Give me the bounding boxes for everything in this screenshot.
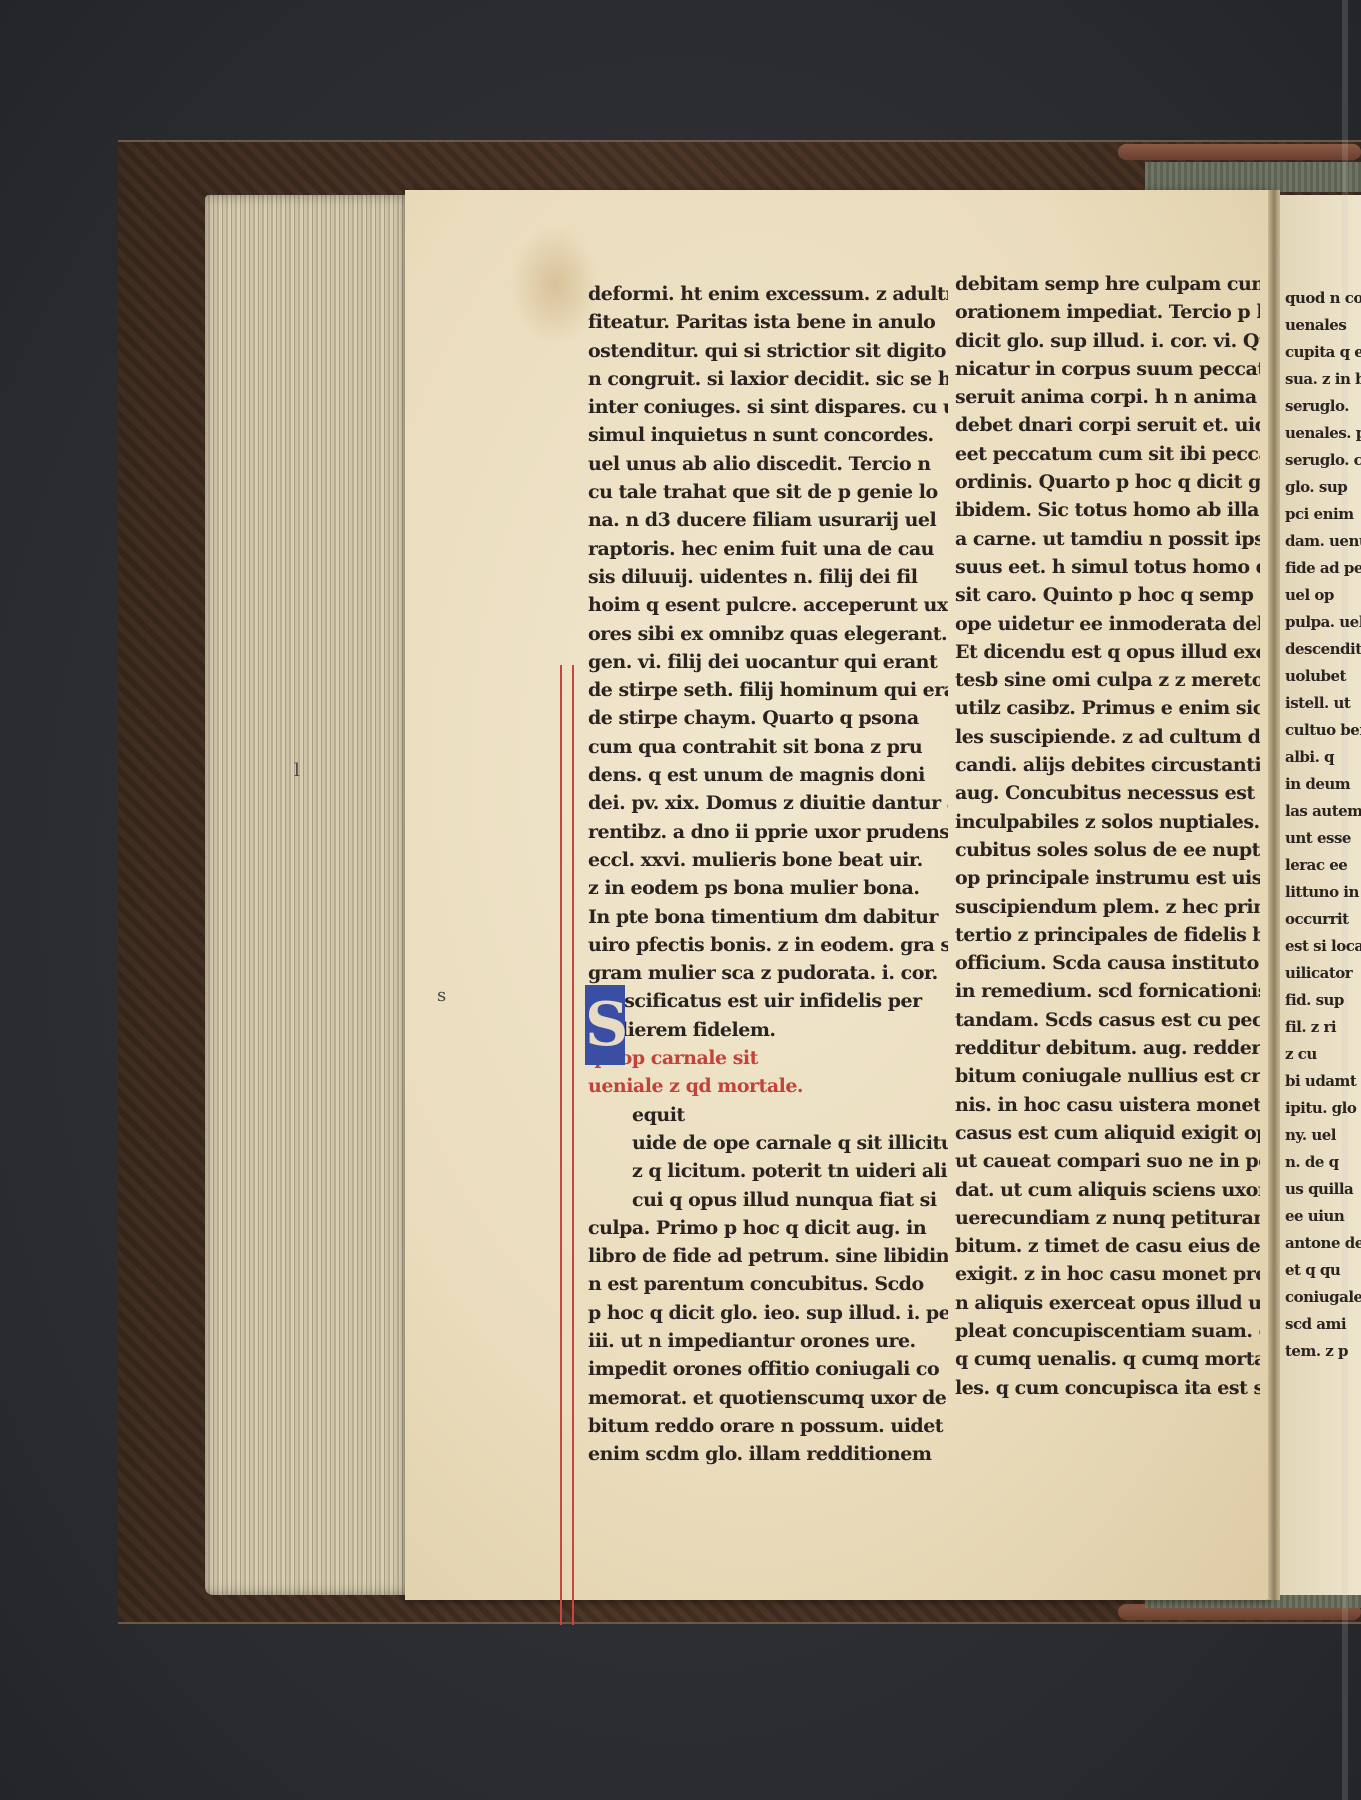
text-line: scd ami bbox=[1285, 1311, 1361, 1338]
text-line: albi. q bbox=[1285, 744, 1361, 771]
text-line: fiteatur. Paritas ista bene in anulo bbox=[588, 308, 948, 336]
text-line: memorat. et quotienscumq uxor de bbox=[588, 1384, 948, 1412]
red-pen-flourish bbox=[560, 665, 574, 1625]
text-line: rentibz. a dno ii pprie uxor prudens. bbox=[588, 818, 948, 846]
text-line: seruglo. bbox=[1285, 393, 1361, 420]
text-line: orationem impediat. Tercio p hoc quod bbox=[955, 298, 1260, 326]
text-line: casus est cum aliquid exigit opus illi bbox=[955, 1119, 1260, 1147]
text-line: debet dnari corpi seruit et. uidetur bbox=[955, 411, 1260, 439]
text-line: sit caro. Quinto p hoc q semp in illo bbox=[955, 581, 1260, 609]
text-line: n congruit. si laxior decidit. sic se ht bbox=[588, 365, 948, 393]
text-line: n est parentum concubitus. Scdo bbox=[588, 1270, 948, 1298]
text-line: tandam. Scds casus est cu peccatu bbox=[955, 1006, 1260, 1034]
text-line: utilz casibz. Primus e enim sic ag bbox=[955, 694, 1260, 722]
text-line: uiro pfectis bonis. z in eodem. gra sup bbox=[588, 931, 948, 959]
text-line: simul inquietus n sunt concordes. bbox=[588, 421, 948, 449]
text-line: deformi. ht enim excessum. z adultra est bbox=[588, 280, 948, 308]
text-line: tesb sine omi culpa z z meretorie bbox=[955, 666, 1260, 694]
text-line: suus eet. h simul totus homo dicit bbox=[955, 553, 1260, 581]
text-line: de stirpe chaym. Quarto q psona bbox=[588, 704, 948, 732]
text-line: officium. Scda causa instituto fuit bbox=[955, 949, 1260, 977]
parchment-stain bbox=[510, 225, 600, 345]
text-line: n aliquis exerceat opus illud ut im bbox=[955, 1289, 1260, 1317]
text-line: sua. z in b bbox=[1285, 366, 1361, 393]
text-line: ostenditur. qui si strictior sit digito bbox=[588, 337, 948, 365]
text-line: dat. ut cum aliquis sciens uxorem bbox=[955, 1176, 1260, 1204]
text-line: nicatur in corpus suum peccat. h spc bbox=[955, 355, 1260, 383]
text-line: uel op bbox=[1285, 582, 1361, 609]
text-line: et q qu bbox=[1285, 1257, 1361, 1284]
text-line: uilicator bbox=[1285, 960, 1361, 987]
text-line: Et dicendu est q opus illud excercetur bbox=[955, 638, 1260, 666]
text-line: a carne. ut tamdiu n possit ipse anim bbox=[955, 525, 1260, 553]
text-line: descendit bbox=[1285, 636, 1361, 663]
text-line: dam. uenu bbox=[1285, 528, 1361, 555]
text-line: uide de ope carnale q sit illicitu bbox=[588, 1129, 948, 1157]
text-line: de stirpe seth. filij hominum qui erant bbox=[588, 676, 948, 704]
text-line: inter coniuges. si sint dispares. cu uel bbox=[588, 393, 948, 421]
text-line: ut caueat compari suo ne in pecca bbox=[955, 1147, 1260, 1175]
text-line: istell. ut bbox=[1285, 690, 1361, 717]
text-line: bitum. z timet de casu eius debitum bbox=[955, 1232, 1260, 1260]
text-line: uenales. ppe bbox=[1285, 420, 1361, 447]
text-line: coniugale bbox=[1285, 1284, 1361, 1311]
text-line: mulierem fidelem. bbox=[588, 1016, 948, 1044]
clasp-strap-top bbox=[1118, 144, 1361, 160]
text-line: q cumq uenalis. q cumq mortalis. Uen bbox=[955, 1345, 1260, 1373]
text-line: fil. z ri bbox=[1285, 1014, 1361, 1041]
text-line: cupita q e bbox=[1285, 339, 1361, 366]
text-line: vii. scificatus est uir infidelis per bbox=[588, 987, 948, 1015]
text-line: fid. sup bbox=[1285, 987, 1361, 1014]
text-line: ores sibi ex omnibz quas elegerant. bbox=[588, 620, 948, 648]
text-line: suscipiendum plem. z hec prima tu bbox=[955, 893, 1260, 921]
text-line: n. de q bbox=[1285, 1149, 1361, 1176]
text-line: ee uiun bbox=[1285, 1203, 1361, 1230]
text-line: uolubet bbox=[1285, 663, 1361, 690]
text-line: uenales bbox=[1285, 312, 1361, 339]
text-line: bi udamt bbox=[1285, 1068, 1361, 1095]
text-line: z in eodem ps bona mulier bona. bbox=[588, 874, 948, 902]
text-line: cum qua contrahit sit bona z pru bbox=[588, 733, 948, 761]
text-line: uerecundiam z nunq petituram de bbox=[955, 1204, 1260, 1232]
text-line: ordinis. Quarto p hoc q dicit glo. bbox=[955, 468, 1260, 496]
text-line: inculpabiles z solos nuptiales. Iste bbox=[955, 808, 1260, 836]
text-column-left: deformi. ht enim excessum. z adultra est… bbox=[588, 280, 948, 1468]
gutter bbox=[1268, 190, 1280, 1600]
text-line: sis diluuij. uidentes n. filij dei fil bbox=[588, 563, 948, 591]
text-line: eccl. xxvi. mulieris bone beat uir. bbox=[588, 846, 948, 874]
margin-letter-s: s bbox=[437, 985, 446, 1006]
text-line: hoim q esent pulcre. acceperunt ux bbox=[588, 591, 948, 619]
text-line: enim scdm glo. illam redditionem bbox=[588, 1440, 948, 1468]
text-line: culpa. Primo p hoc q dicit aug. in bbox=[588, 1214, 948, 1242]
text-line: debitam semp hre culpam cum semper bbox=[955, 270, 1260, 298]
text-line: raptoris. hec enim fuit una de cau bbox=[588, 535, 948, 563]
text-line: dens. q est unum de magnis doni bbox=[588, 761, 948, 789]
text-line: bitum coniugale nullius est crimi bbox=[955, 1062, 1260, 1090]
text-line: in deum bbox=[1285, 771, 1361, 798]
text-line: les suscipiende. z ad cultum dei dn bbox=[955, 723, 1260, 751]
text-line: uel unus ab alio discedit. Tercio n bbox=[588, 450, 948, 478]
text-line: cubitus soles solus de ee nuptiales bbox=[955, 836, 1260, 864]
text-line: us quilla bbox=[1285, 1176, 1361, 1203]
text-line: dei. pv. xix. Domus z diuitie dantur a p… bbox=[588, 789, 948, 817]
blue-initial-s: S bbox=[585, 985, 625, 1065]
text-line: cultuo ben bbox=[1285, 717, 1361, 744]
text-line: cui q opus illud nunqua fiat si bbox=[588, 1186, 948, 1214]
text-line: pleat concupiscentiam suam. culpa est bbox=[955, 1317, 1260, 1345]
text-line: ipitu. glo bbox=[1285, 1095, 1361, 1122]
text-line: cu tale trahat que sit de p genie lo bbox=[588, 478, 948, 506]
text-line: impedit orones offitio coniugali co bbox=[588, 1355, 948, 1383]
text-line: tem. z p bbox=[1285, 1338, 1361, 1365]
text-line: fide ad pe bbox=[1285, 555, 1361, 582]
text-line: In pte bona timentium dm dabitur bbox=[588, 903, 948, 931]
text-line: ibidem. Sic totus homo ab illa ter bbox=[955, 496, 1260, 524]
text-line: glo. sup bbox=[1285, 474, 1361, 501]
text-line: quod n cog bbox=[1285, 285, 1361, 312]
text-line: iii. ut n impediantur orones ure. bbox=[588, 1327, 948, 1355]
text-line: z cu bbox=[1285, 1041, 1361, 1068]
text-line: ny. uel bbox=[1285, 1122, 1361, 1149]
text-line: in remedium. scd fornicationis cui bbox=[955, 977, 1260, 1005]
text-line: equit bbox=[588, 1101, 948, 1129]
text-line: antone de bbox=[1285, 1230, 1361, 1257]
rubric-heading: qd op carnale sit bbox=[588, 1044, 948, 1072]
text-line: unt esse bbox=[1285, 825, 1361, 852]
text-line: eet peccatum cum sit ibi peccatio debi bbox=[955, 440, 1260, 468]
text-line: na. n d3 ducere filiam usurarij uel bbox=[588, 506, 948, 534]
page-block-fore-edge bbox=[205, 195, 410, 1595]
text-line: libro de fide ad petrum. sine libidine bbox=[588, 1242, 948, 1270]
text-column-adjacent-page: quod n coguenalescupita q esua. z in bse… bbox=[1285, 285, 1361, 1365]
text-line: gram mulier sca z pudorata. i. cor. bbox=[588, 959, 948, 987]
text-line: littuno in bbox=[1285, 879, 1361, 906]
text-line: est si loca bbox=[1285, 933, 1361, 960]
text-line: gen. vi. filij dei uocantur qui erant bbox=[588, 648, 948, 676]
text-line: aug. Concubitus necessus est cu grando bbox=[955, 779, 1260, 807]
text-line: seruit anima corpi. h n anima que bbox=[955, 383, 1260, 411]
text-line: tertio z principales de fidelis ba in bbox=[955, 921, 1260, 949]
text-column-right: debitam semp hre culpam cum semperoratio… bbox=[955, 270, 1260, 1402]
text-line: p hoc q dicit glo. ieo. sup illud. i. pe… bbox=[588, 1299, 948, 1327]
text-line: nis. in hoc casu uistera monet. Terci bbox=[955, 1091, 1260, 1119]
text-line: redditur debitum. aug. reddere de bbox=[955, 1034, 1260, 1062]
text-line: op principale instrumu est uisum ad bbox=[955, 864, 1260, 892]
text-line: las autem bbox=[1285, 798, 1361, 825]
headband-top bbox=[1145, 162, 1361, 192]
text-line: les. q cum concupisca ita est subiecta r… bbox=[955, 1374, 1260, 1402]
margin-mark: l bbox=[294, 760, 300, 781]
text-line: lerac ee bbox=[1285, 852, 1361, 879]
text-line: z q licitum. poterit tn uideri ali bbox=[588, 1157, 948, 1185]
text-line: pulpa. uel bbox=[1285, 609, 1361, 636]
text-line: candi. alijs debites circustantis bbox=[955, 751, 1260, 779]
rubric-heading: ueniale z qd mortale. bbox=[588, 1072, 948, 1100]
text-line: seruglo. con bbox=[1285, 447, 1361, 474]
text-line: dicit glo. sup illud. i. cor. vi. Qui fo… bbox=[955, 327, 1260, 355]
text-line: occurrit bbox=[1285, 906, 1361, 933]
text-line: bitum reddo orare n possum. uidet bbox=[588, 1412, 948, 1440]
text-line: ope uidetur ee inmoderata delectatio. bbox=[955, 610, 1260, 638]
text-line: exigit. z in hoc casu monet precaus bbox=[955, 1260, 1260, 1288]
text-line: pci enim bbox=[1285, 501, 1361, 528]
